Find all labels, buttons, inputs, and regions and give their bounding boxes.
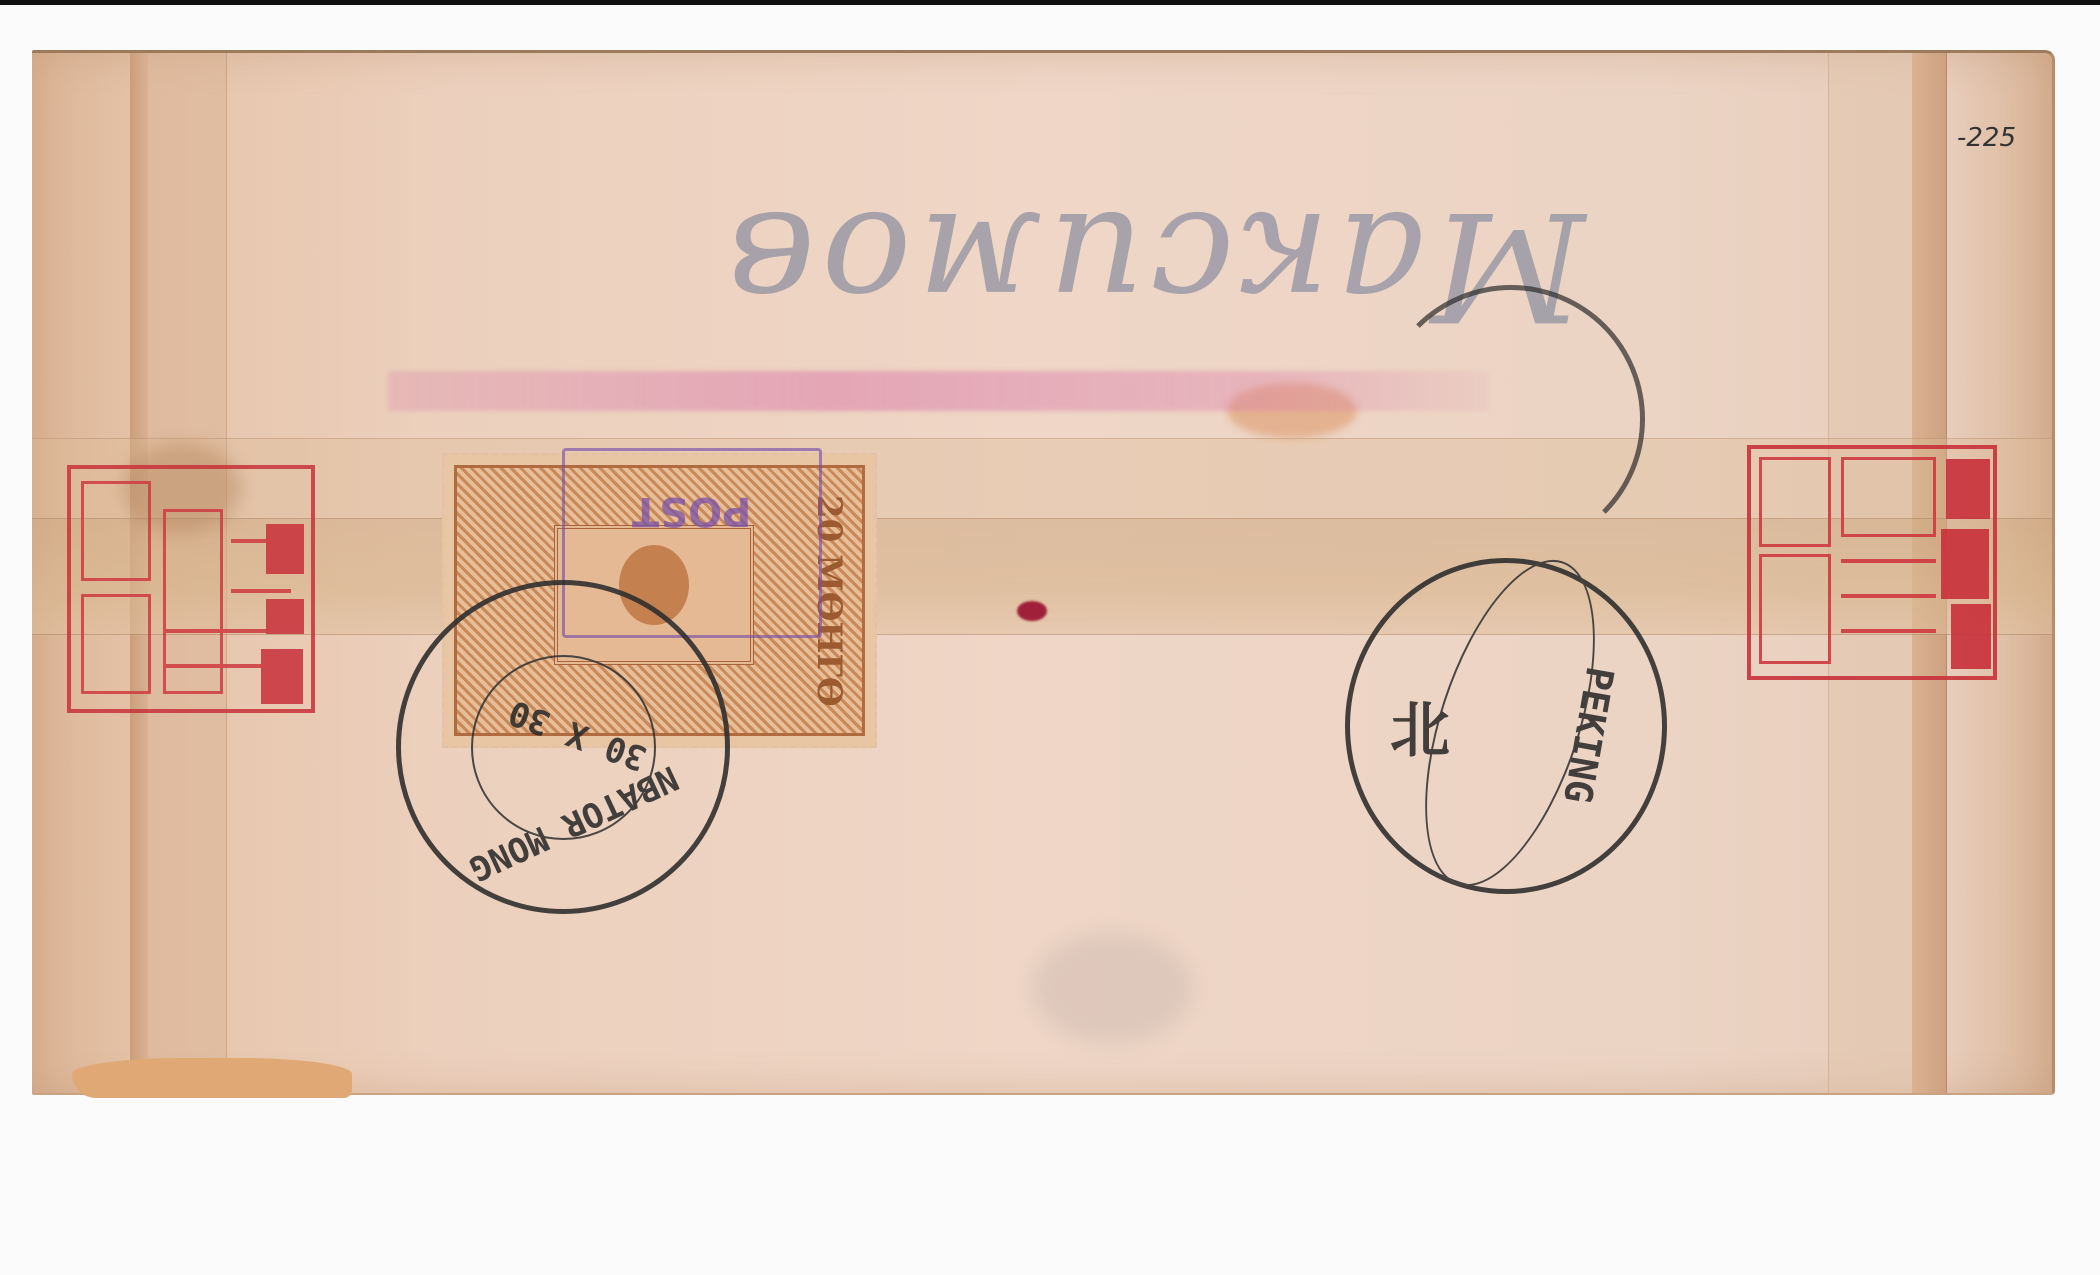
torn-corner <box>72 1058 352 1098</box>
ulan-bator-postmark: NBATOR MONG 30 X 30 <box>396 580 730 914</box>
pink-ink-band <box>388 371 1488 411</box>
smudge <box>1032 933 1192 1043</box>
peking-postmark: PEKING 北 <box>1345 558 1667 894</box>
violet-cancel-text: POST <box>632 488 751 534</box>
envelope-back: Максимов -225 20 МӨНГӨ POST <box>32 50 2055 1095</box>
ink-spot <box>1017 601 1047 621</box>
pencil-annotation: -225 <box>1957 123 2016 153</box>
upper-transit-postmark <box>1377 285 1645 553</box>
postmark-glyph: 北 <box>1390 683 1450 769</box>
scanner-edge <box>0 0 2100 5</box>
right-red-seal <box>1747 445 1997 680</box>
left-red-seal <box>67 465 315 713</box>
